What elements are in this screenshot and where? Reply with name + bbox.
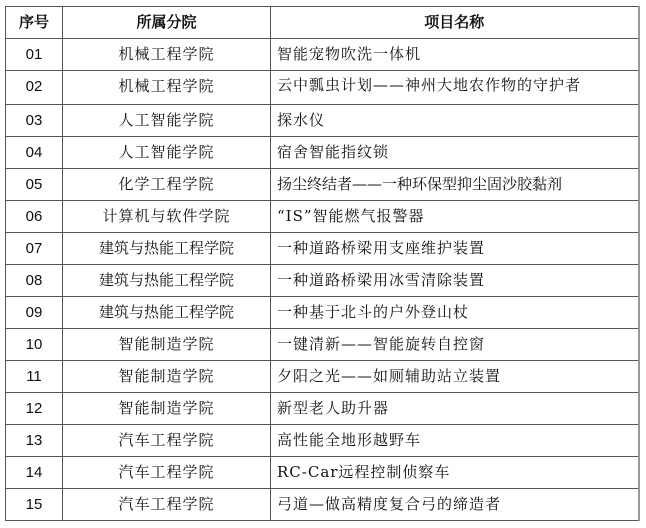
row-index: 03 (6, 105, 63, 137)
table-row: 14汽车工程学院RC-Car远程控制侦察车 (6, 457, 639, 489)
header-index: 序号 (6, 7, 63, 39)
row-project: 一键清新——智能旋转自控窗 (271, 329, 639, 361)
table-row: 09建筑与热能工程学院一种基于北斗的户外登山杖 (6, 297, 639, 329)
table-row: 11智能制造学院夕阳之光——如厕辅助站立装置 (6, 361, 639, 393)
row-project: 新型老人助升器 (271, 393, 639, 425)
table-row: 08建筑与热能工程学院一种道路桥梁用冰雪清除装置 (6, 265, 639, 297)
table-row: 06计算机与软件学院“IS”智能燃气报警器 (6, 201, 639, 233)
table-row: 07建筑与热能工程学院一种道路桥梁用支座维护装置 (6, 233, 639, 265)
row-college: 智能制造学院 (63, 393, 271, 425)
row-index: 04 (6, 137, 63, 169)
row-index: 05 (6, 169, 63, 201)
row-project: 探水仪 (271, 105, 639, 137)
row-project: 智能宠物吹洗一体机 (271, 39, 639, 71)
row-project: 云中瓢虫计划——神州大地农作物的守护者 (271, 71, 639, 105)
row-index: 08 (6, 265, 63, 297)
row-college: 人工智能学院 (63, 137, 271, 169)
row-index: 11 (6, 361, 63, 393)
row-project: 高性能全地形越野车 (271, 425, 639, 457)
row-index: 14 (6, 457, 63, 489)
row-project: RC-Car远程控制侦察车 (271, 457, 639, 489)
row-index: 10 (6, 329, 63, 361)
row-college: 机械工程学院 (63, 39, 271, 71)
table-header-row: 序号 所属分院 项目名称 (6, 7, 639, 39)
row-college: 化学工程学院 (63, 169, 271, 201)
table-row: 01机械工程学院智能宠物吹洗一体机 (6, 39, 639, 71)
row-project: 弓道—做高精度复合弓的缔造者 (271, 489, 639, 521)
row-index: 15 (6, 489, 63, 521)
row-index: 13 (6, 425, 63, 457)
row-project: 一种道路桥梁用冰雪清除装置 (271, 265, 639, 297)
header-project: 项目名称 (271, 7, 639, 39)
table-row: 04人工智能学院宿舍智能指纹锁 (6, 137, 639, 169)
row-college: 汽车工程学院 (63, 489, 271, 521)
row-index: 12 (6, 393, 63, 425)
row-college: 汽车工程学院 (63, 425, 271, 457)
row-index: 07 (6, 233, 63, 265)
table-row: 10智能制造学院一键清新——智能旋转自控窗 (6, 329, 639, 361)
table-row: 15汽车工程学院弓道—做高精度复合弓的缔造者 (6, 489, 639, 521)
row-project: “IS”智能燃气报警器 (271, 201, 639, 233)
table-row: 05化学工程学院扬尘终结者——一种环保型抑尘固沙胶黏剂 (6, 169, 639, 201)
table-row: 03人工智能学院探水仪 (6, 105, 639, 137)
table-row: 02机械工程学院云中瓢虫计划——神州大地农作物的守护者 (6, 71, 639, 105)
row-college: 智能制造学院 (63, 329, 271, 361)
row-college: 建筑与热能工程学院 (63, 265, 271, 297)
row-college: 机械工程学院 (63, 71, 271, 105)
table-row: 12智能制造学院新型老人助升器 (6, 393, 639, 425)
header-college: 所属分院 (63, 7, 271, 39)
row-college: 智能制造学院 (63, 361, 271, 393)
row-project: 扬尘终结者——一种环保型抑尘固沙胶黏剂 (271, 169, 639, 201)
row-college: 建筑与热能工程学院 (63, 233, 271, 265)
row-project: 宿舍智能指纹锁 (271, 137, 639, 169)
row-college: 计算机与软件学院 (63, 201, 271, 233)
row-college: 建筑与热能工程学院 (63, 297, 271, 329)
row-index: 06 (6, 201, 63, 233)
row-college: 人工智能学院 (63, 105, 271, 137)
row-project: 一种道路桥梁用支座维护装置 (271, 233, 639, 265)
table-row: 13汽车工程学院高性能全地形越野车 (6, 425, 639, 457)
row-index: 01 (6, 39, 63, 71)
row-index: 09 (6, 297, 63, 329)
row-project: 一种基于北斗的户外登山杖 (271, 297, 639, 329)
row-index: 02 (6, 71, 63, 105)
row-project: 夕阳之光——如厕辅助站立装置 (271, 361, 639, 393)
row-college: 汽车工程学院 (63, 457, 271, 489)
projects-table: 序号 所属分院 项目名称 01机械工程学院智能宠物吹洗一体机 02机械工程学院云… (5, 6, 640, 521)
